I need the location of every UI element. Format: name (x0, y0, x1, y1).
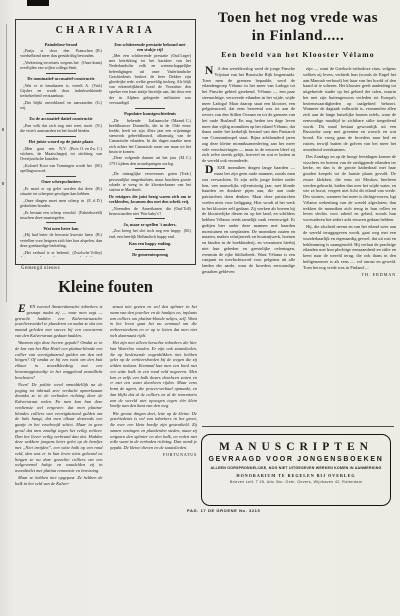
drop-cap: N (202, 66, 214, 76)
finland-column-2: zijn — want de Grieksch-orthodoxe ritus,… (303, 66, 396, 422)
finland-article-body: NA den wereldoorlog werd de jonge Finsch… (202, 66, 396, 422)
advert-honorarium: HONORARIUM TE REGELEN BIJ OVERLEG (202, 473, 390, 478)
charivaria-quote: (G.)„Dat blijkt onverklaard en aanvaarde… (20, 100, 102, 110)
charivaria-quote-source: (Onze krant) (79, 60, 102, 65)
paragraph-text: Hij, die afscheid neemt en van het eilan… (303, 224, 396, 269)
charivaria-heading-text: Kan een happy ending. (129, 241, 171, 246)
item-divider-rule (46, 73, 76, 74)
item-divider-rule (46, 176, 76, 177)
article-paragraph: Des Zondags en op de hooge feestdagen ko… (303, 154, 396, 223)
charivaria-quote-text: „Noemden de Amerikanen die beurswaarden … (109, 206, 171, 216)
article-paragraph: Maar ze hebben niet opgepast. Ze hebben … (15, 475, 103, 487)
charivaria-quote-source: (B.) (93, 186, 102, 191)
article-paragraph: Hij, die afscheid neemt en van het eilan… (303, 224, 396, 270)
charivaria-heading-text: Paindeluxe-brood (45, 42, 78, 47)
charivaria-quote-source: (M. C.) (176, 155, 191, 160)
charivaria-quote: (Fabrieksveld)„Er bestaat een scherp ver… (20, 210, 102, 220)
charivaria-item-heading: Kan een happy ending. (111, 241, 189, 246)
charivaria-columns: Paindeluxe-brood (B.)„Parijs is door den… (20, 39, 191, 257)
article-paragraph: Wie groote dingen doet, lette op de klei… (110, 411, 198, 451)
scan-artifact-dot (2, 182, 4, 185)
kleine-fouten-article: EEN tweetal Amsterdamsche inbrekers is g… (15, 304, 197, 514)
item-divider-rule (46, 222, 76, 223)
manuscripts-advert: MANUSCRIPTEN GEVRAAGD VOOR JONGENSBOEKEN… (201, 434, 391, 506)
charivaria-quote-text: „Deze volgende dansen uit het jaar 1751 … (109, 155, 176, 165)
paragraph-text: Het zijn niet alleen beruchte inbrekers … (110, 340, 198, 408)
advert-conditions: ALLEEN OORSPRONKELIJKE, NOG NIET UITGEGE… (202, 466, 390, 470)
charivaria-quote-text: „De bekende Italiaansche beeldhouwer Don… (109, 118, 191, 154)
charivaria-column-2: Een schitterende prestatie beloond met e… (109, 39, 191, 257)
charivaria-quote-text: „Er moet er op gelet worden dat deze sit… (20, 186, 93, 196)
charivaria-quote: (B.)„Er moet er op gelet worden dat deze… (20, 186, 102, 196)
newspaper-page-scan: CHARIVARIA Paindeluxe-brood (B.)„Parijs … (0, 0, 400, 616)
charivaria-quote: (Oud Leger)„Met een schitterende prestat… (109, 53, 191, 105)
article-signature: TH. ERDMAN (303, 272, 396, 278)
paragraph-text: A den wereldoorlog werd de jonge Finsche… (202, 66, 295, 163)
charivaria-item-heading: Een schitterende prestatie beloond met e… (111, 42, 189, 52)
charivaria-quote: (B.)„Hij had beter de bewuste kwestie la… (20, 232, 102, 248)
charivaria-heading-text: Wat men beter kan (43, 226, 78, 231)
charivaria-column-1: Paindeluxe-brood (B.)„Parijs is door den… (20, 39, 102, 257)
section-label: Gemengd nieuws (21, 266, 60, 271)
article-paragraph: DEZE monniken dragen lange baarden — maa… (202, 165, 295, 274)
finland-article-subtitle: Een beeld van het Klooster Vélamo (200, 50, 396, 59)
charivaria-quote-source: (Fabrieksveld) (76, 210, 102, 215)
charivaria-quote: (Onze krant)„Verkiezing secretaris wegen… (20, 60, 102, 70)
charivaria-item-heading: De nominatief-accusatief-constructie (22, 76, 100, 81)
article-paragraph: Neen! De politie werd onmiddellijk na de… (15, 382, 103, 474)
charivaria-quote: (M. C.)„Deze volgende dansen uit het jaa… (109, 155, 191, 165)
item-divider-rule (46, 113, 76, 114)
charivaria-item-heading: Ja, maar ze spellen 't anders. (111, 222, 189, 227)
charivaria-item-heading: Wat men beter kan (22, 226, 100, 231)
paragraph-text: Maar ze hebben niet opgepast. Ze hebben … (15, 475, 103, 486)
finland-column-1: NA den wereldoorlog werd de jonge Finsch… (202, 66, 295, 422)
paragraph-text: Wie groote dingen doet, lette op de klei… (110, 411, 198, 451)
charivaria-quote-text: „Kolonel Koot van Tonningen wordt het sp… (20, 163, 92, 173)
charivaria-quote-source: (Oud Toll) (171, 206, 191, 211)
charivaria-heading-text: Populaire kunstgeschiedenis (124, 111, 176, 116)
article-signature: FORTUNATUS (110, 452, 198, 458)
item-divider-rule (46, 136, 76, 137)
item-divider-rule (135, 249, 165, 250)
kleine-fouten-column-2: straat niet gezien en wel den splinter i… (110, 304, 198, 514)
charivaria-quote-text: „Dat blijkt onverklaard en aanvaarden wi… (20, 100, 92, 110)
scan-artifact-dot (2, 128, 4, 131)
charivaria-quote: (N.)„Een volk dat zich nog niet weet, mo… (20, 123, 102, 133)
charivaria-item-heading: De gemeentesprong (111, 252, 189, 257)
charivaria-heading-text: Een schitterende prestatie beloond met e… (114, 42, 185, 52)
charivaria-lead-text: De reizigers die juist bezig waren zich … (109, 194, 191, 204)
charivaria-quote: (M.)„Kolonel Koot van Tonningen wordt he… (20, 163, 102, 173)
scan-edge-line (6, 24, 7, 302)
charivaria-quote: (M.)„Zoo kreeg het slot toch nog een hap… (109, 228, 191, 238)
charivaria-heading-text: Onze scherpschutters (41, 179, 81, 184)
charivaria-title: CHARIVARIA (20, 25, 191, 36)
charivaria-quote: (Oud Toll)„Noemden de Amerikanen die beu… (109, 206, 191, 216)
article-paragraph: straat niet gezien en wel den splinter i… (110, 304, 198, 339)
paragraph-text: Neen! De politie werd onmiddellijk na de… (15, 382, 103, 473)
drop-cap: E (15, 304, 27, 314)
charivaria-quote-source: (E. d. D.) (84, 198, 102, 203)
article-paragraph: zijn — want de Grieksch-orthodoxe ritus,… (303, 66, 396, 152)
charivaria-quote-source: (M.) (92, 163, 102, 168)
charivaria-item-heading: Paindeluxe-brood (22, 42, 100, 47)
charivaria-quote-source: (G.) (92, 100, 102, 105)
charivaria-item-heading: Populaire kunstgeschiedenis (111, 111, 189, 116)
advert-headline: MANUSCRIPTEN (202, 441, 390, 453)
charivaria-quote-source: (N.) (92, 123, 102, 128)
finland-title-line-2: in Finland..... (200, 28, 396, 46)
charivaria-quote-text: „Hij had beter de bewuste kwestie laten … (20, 232, 102, 247)
page-footer: PAG. 17 DE GROENE No. 3215 (187, 508, 260, 513)
charivaria-heading-text: En de accusatief-datief constructie (29, 116, 92, 121)
article-paragraph: Het zijn niet alleen beruchte inbrekers … (110, 340, 198, 409)
advert-contact: Brieven Lett. T 45, Adv. Bur. Gebr. Geve… (202, 480, 390, 484)
charivaria-quote-text: „Zoo kreeg het slot toch nog een happy e… (109, 228, 181, 238)
finland-title-line-1: Toen het nog vrede was (200, 10, 396, 28)
charivaria-heading-text: De gemeentesprong (132, 252, 168, 257)
item-divider-rule (135, 218, 165, 219)
article-paragraph: EEN tweetal Amsterdamsche inbrekers is g… (15, 304, 103, 339)
charivaria-lead: De reizigers die juist bezig waren zich … (109, 194, 191, 204)
drop-cap: D (202, 165, 214, 175)
advert-subheadline: GEVRAAGD VOOR JONGENSBOEKEN (202, 456, 390, 463)
charivaria-quote: (Maand. C.)„De bekende Italiaansche beel… (109, 118, 191, 154)
charivaria-quote: (B.)„Parijs is door den Franschen voedse… (20, 48, 102, 58)
paragraph-text: Des Zondags en op de hooge feestdagen ko… (303, 154, 396, 222)
finland-article-title: Toen het nog vrede was in Finland..... (200, 10, 396, 45)
charivaria-item-heading: En de accusatief-datief constructie (22, 116, 100, 121)
charivaria-quote: (Trek.)„De ontzaglijke veroveraars goten… (109, 171, 191, 192)
paragraph-text: zijn — want de Grieksch-orthodoxe ritus,… (303, 66, 396, 152)
charivaria-heading-text: Het juiste woord op de juiste plaats (29, 139, 94, 144)
charivaria-heading-text: De nominatief-accusatief-constructie (27, 76, 94, 81)
charivaria-quote: (Prov. O. en Zw. C.)„Men gaat een N.V. s… (20, 146, 102, 162)
kleine-fouten-column-2-flow: straat niet gezien en wel den splinter i… (110, 304, 198, 451)
charivaria-quote-text: „Een volk dat zich nog niet weet, moet d… (20, 123, 92, 133)
paragraph-text: EN tweetal Amsterdamsche inbrekers is ge… (15, 304, 103, 338)
charivaria-quote-text: „Parijs is door den Franschen voedselbon… (20, 48, 94, 58)
charivaria-quote: (Zwolsche Volley)„Het verhaal is er beke… (20, 250, 102, 257)
charivaria-quote: (E. d. D.)„Onze dingen moet men scherp i… (20, 198, 102, 208)
scan-artifact-mark (27, 0, 49, 6)
divider-rule (202, 426, 394, 427)
finland-column-2-flow: zijn — want de Grieksch-orthodoxe ritus,… (303, 66, 396, 270)
charivaria-quote-text: „Met een schitterende prestatie met betr… (109, 53, 191, 105)
charivaria-quote-source: (M.) (181, 228, 191, 233)
paragraph-text: Waarom zijn deze heeren gepakt? Omdat ze… (15, 340, 103, 380)
article-paragraph: Waarom zijn deze heeren gepakt? Omdat ze… (15, 340, 103, 380)
charivaria-quote-text: „Er bestaat een scherp verschil tusschen… (20, 210, 76, 220)
charivaria-quote-text: „Onze dingen moet men scherp in gedachte… (20, 198, 84, 208)
kleine-fouten-title: Kleine fouten (15, 277, 196, 297)
charivaria-quote: (Vad.)„Wat er te beunhazen is, vertelt A… (20, 83, 102, 99)
charivaria-heading-text: Ja, maar ze spellen 't anders. (123, 222, 176, 227)
kleine-fouten-column-1: EEN tweetal Amsterdamsche inbrekers is g… (15, 304, 103, 514)
paragraph-text: EZE monniken dragen lange baarden — maar… (202, 165, 295, 274)
charivaria-section: CHARIVARIA Paindeluxe-brood (B.)„Parijs … (15, 19, 196, 265)
item-divider-rule (135, 108, 165, 109)
item-divider-rule (135, 168, 165, 169)
charivaria-item-heading: Het juiste woord op de juiste plaats (22, 139, 100, 144)
charivaria-quote-text: „Verkiezing secretaris wegens het overli… (20, 60, 79, 70)
charivaria-item-heading: Onze scherpschutters (22, 179, 100, 184)
article-paragraph: NA den wereldoorlog werd de jonge Finsch… (202, 66, 295, 164)
paragraph-text: straat niet gezien en wel den splinter i… (110, 304, 198, 338)
